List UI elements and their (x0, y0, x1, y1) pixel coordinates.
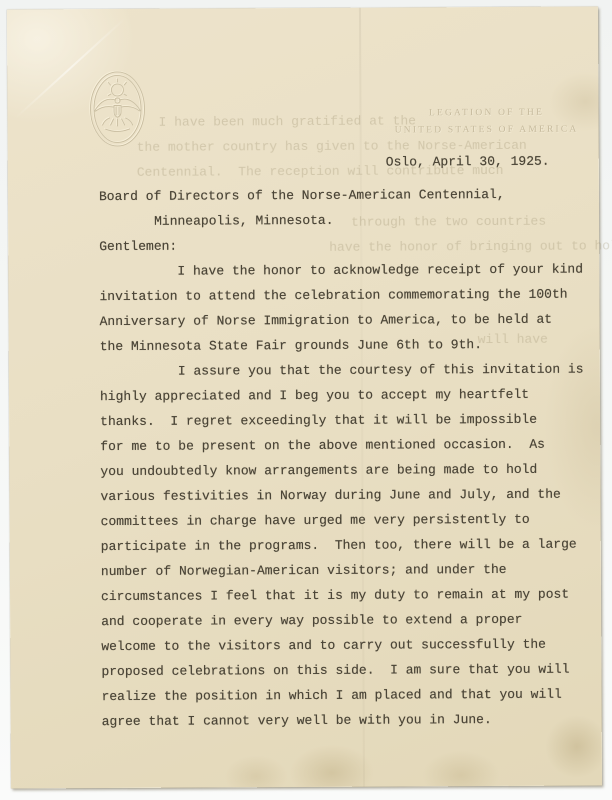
letter-paper: I have been much gratified at the the mo… (7, 6, 602, 788)
letter-line: Minneapolis, Minnesota. (99, 207, 581, 235)
letter-line: proposed celebrations on this side. I am… (101, 657, 583, 685)
letter-line: the Minnesota State Fair grounds June 6t… (100, 332, 582, 360)
letter-line: I assure you that the courtesy of this i… (100, 357, 582, 385)
letter-body: Board of Directors of the Norse-American… (99, 182, 584, 735)
letter-line: thanks. I regret exceedingly that it wil… (100, 407, 582, 435)
letter-line: committees in charge have urged me very … (101, 507, 583, 535)
letterhead: LEGATION OF THE UNITED STATES OF AMERICA (388, 105, 584, 140)
letter-line: invitation to attend the celebration com… (99, 282, 581, 310)
letter-line: highly appreciated and I beg you to acce… (100, 382, 582, 410)
letter-line: Anniversary of Norse Immigration to Amer… (100, 307, 582, 335)
letter-line: Board of Directors of the Norse-American… (99, 182, 581, 210)
letter-line: I have the honor to acknowledge receipt … (99, 257, 581, 285)
letter-line: number of Norwegian-American visitors; a… (101, 557, 583, 585)
date-line: Oslo, April 30, 1925. (386, 149, 550, 175)
letterhead-line-2: UNITED STATES OF AMERICA (389, 122, 585, 140)
letter-line: circumstances I feel that it is my duty … (101, 582, 583, 610)
letter-line: and cooperate in every way possible to e… (101, 607, 583, 635)
letter-line: for me to be present on the above mentio… (100, 432, 582, 460)
letter-line: realize the position in which I am place… (101, 682, 583, 710)
letter-line: various festivities in Norway during Jun… (100, 482, 582, 510)
letter-line: agree that I cannot very well be with yo… (102, 707, 584, 735)
letter-line: welcome to the visitors and to carry out… (101, 632, 583, 660)
letter-line: you undoubtedly know arrangements are be… (100, 457, 582, 485)
letter-line: participate in the programs. Then too, t… (101, 532, 583, 560)
letter-line: Gentlemen: (99, 232, 581, 260)
letterhead-line-1: LEGATION OF THE (388, 105, 584, 123)
ghost-text-line: I have been much gratified at the (158, 108, 416, 134)
